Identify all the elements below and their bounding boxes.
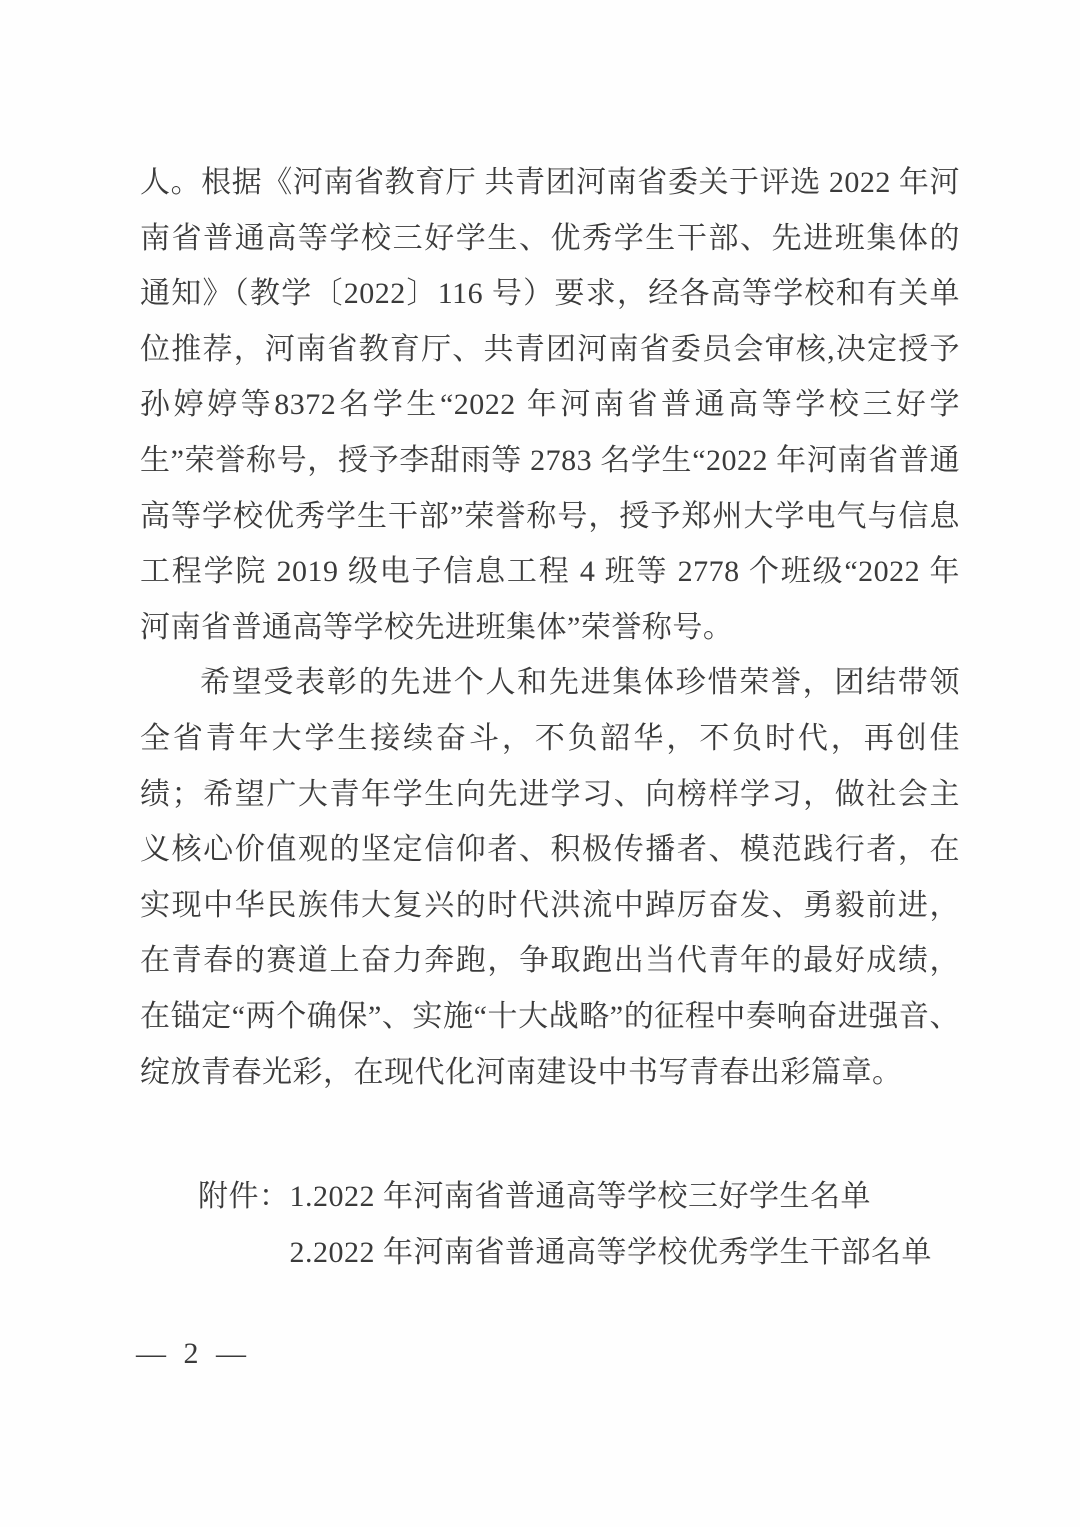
attachments-label: 附件：: [198, 1169, 290, 1225]
paragraph-hope: 希望受表彰的先进个人和先进集体珍惜荣誉，团结带领全省青年大学生接续奋斗，不负韶华…: [140, 655, 960, 1100]
page-number: — 2 —: [136, 1336, 251, 1372]
attachment-item-2: 2.2022 年河南省普通高等学校优秀学生干部名单: [290, 1225, 933, 1281]
paragraph-continuation: 人。根据《河南省教育厅 共青团河南省委关于评选 2022 年河南省普通高等学校三…: [140, 155, 960, 655]
attachments-list: 1.2022 年河南省普通高等学校三好学生名单 2.2022 年河南省普通高等学…: [290, 1169, 933, 1280]
document-body: 人。根据《河南省教育厅 共青团河南省委关于评选 2022 年河南省普通高等学校三…: [140, 155, 960, 1280]
attachment-item-1: 1.2022 年河南省普通高等学校三好学生名单: [290, 1169, 933, 1225]
attachments-block: 附件： 1.2022 年河南省普通高等学校三好学生名单 2.2022 年河南省普…: [140, 1169, 960, 1280]
document-page: 人。根据《河南省教育厅 共青团河南省委关于评选 2022 年河南省普通高等学校三…: [0, 0, 1080, 1527]
